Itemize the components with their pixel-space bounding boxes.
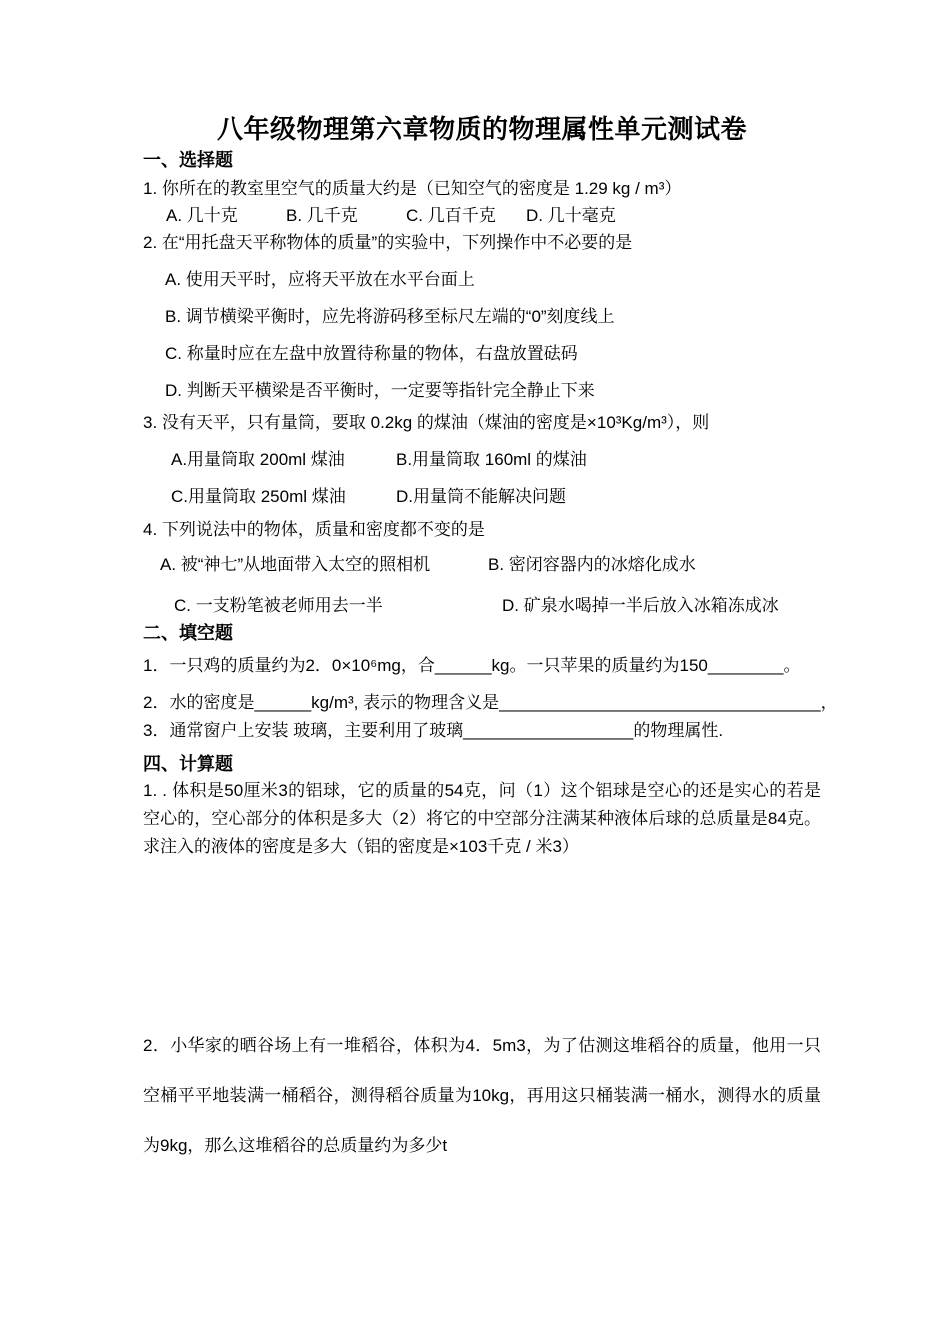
question-2-option-d: D. 判断天平横梁是否平衡时，一定要等指针完全静止下来 <box>143 379 821 403</box>
question-4-option-a: A. 被“神七”从地面带入太空的照相机 <box>160 553 488 577</box>
question-4-option-b: B. 密闭容器内的冰熔化成水 <box>488 553 696 577</box>
page: 八年级物理第六章物质的物理属性单元测试卷 一、选择题 1. 你所在的教室里空气的… <box>0 0 950 1344</box>
document-content: 八年级物理第六章物质的物理属性单元测试卷 一、选择题 1. 你所在的教室里空气的… <box>143 112 821 1171</box>
question-1-stem: 1. 你所在的教室里空气的质量大约是（已知空气的密度是 1.29 kg / m³… <box>143 176 821 202</box>
question-3-option-b: B.用量筒取 160ml 的煤油 <box>396 448 587 472</box>
question-2-stem: 2. 在“用托盘天平称物体的质量”的实验中，下列操作中不必要的是 <box>143 230 821 256</box>
test-title: 八年级物理第六章物质的物理属性单元测试卷 <box>143 112 821 146</box>
question-2-option-b: B. 调节横梁平衡时，应先将游码移至标尺左端的“0”刻度线上 <box>143 305 821 329</box>
question-3-option-d: D.用量筒不能解决问题 <box>396 485 566 509</box>
question-3-option-a: A.用量筒取 200ml 煤油 <box>171 448 396 472</box>
section-choice-header: 一、选择题 <box>143 148 821 172</box>
question-1-option-d: D. 几十毫克 <box>526 204 616 228</box>
question-3-stem: 3. 没有天平，只有量筒，要取 0.2kg 的煤油（煤油的密度是×10³Kg/m… <box>143 410 821 436</box>
question-4-option-d: D. 矿泉水喝掉一半后放入冰箱冻成冰 <box>502 594 779 618</box>
calc-item-1: 1. . 体积是50厘米3的铝球，它的质量的54克，问（1）这个铝球是空心的还是… <box>143 777 821 861</box>
calc-item-2: 2．小华家的晒谷场上有一堆稻谷，体积为4．5m3，为了估测这堆稻谷的质量，他用一… <box>143 1021 821 1171</box>
question-4-options-row-2: C. 一支粉笔被老师用去一半 D. 矿泉水喝掉一半后放入冰箱冻成冰 <box>143 594 821 618</box>
question-1-option-c: C. 几百千克 <box>406 204 526 228</box>
question-4-option-c: C. 一支粉笔被老师用去一半 <box>174 594 502 618</box>
fill-item-2: 2．水的密度是______kg/m³, 表示的物理含义是____________… <box>143 690 821 716</box>
question-1-option-a: A. 几十克 <box>166 204 286 228</box>
question-3-options-row-1: A.用量筒取 200ml 煤油 B.用量筒取 160ml 的煤油 <box>143 448 821 472</box>
question-3-option-c: C.用量筒取 250ml 煤油 <box>171 485 396 509</box>
question-4-stem: 4. 下列说法中的物体，质量和密度都不变的是 <box>143 518 821 542</box>
section-fill-header: 二、填空题 <box>143 621 821 645</box>
question-4-options-row-1: A. 被“神七”从地面带入太空的照相机 B. 密闭容器内的冰熔化成水 <box>143 553 821 577</box>
question-1-options: A. 几十克 B. 几千克 C. 几百千克 D. 几十毫克 <box>143 204 821 228</box>
fill-item-1: 1．一只鸡的质量约为2．0×10⁶mg，合______kg。一只苹果的质量约为1… <box>143 653 821 679</box>
section-calc-header: 四、计算题 <box>143 752 821 776</box>
question-3-options-row-2: C.用量筒取 250ml 煤油 D.用量筒不能解决问题 <box>143 485 821 509</box>
question-1-option-b: B. 几千克 <box>286 204 406 228</box>
fill-item-3: 3．通常窗户上安装 玻璃，主要利用了玻璃__________________的物… <box>143 718 821 744</box>
question-2-option-c: C. 称量时应在左盘中放置待称量的物体，右盘放置砝码 <box>143 342 821 366</box>
question-2-option-a: A. 使用天平时，应将天平放在水平台面上 <box>143 268 821 292</box>
